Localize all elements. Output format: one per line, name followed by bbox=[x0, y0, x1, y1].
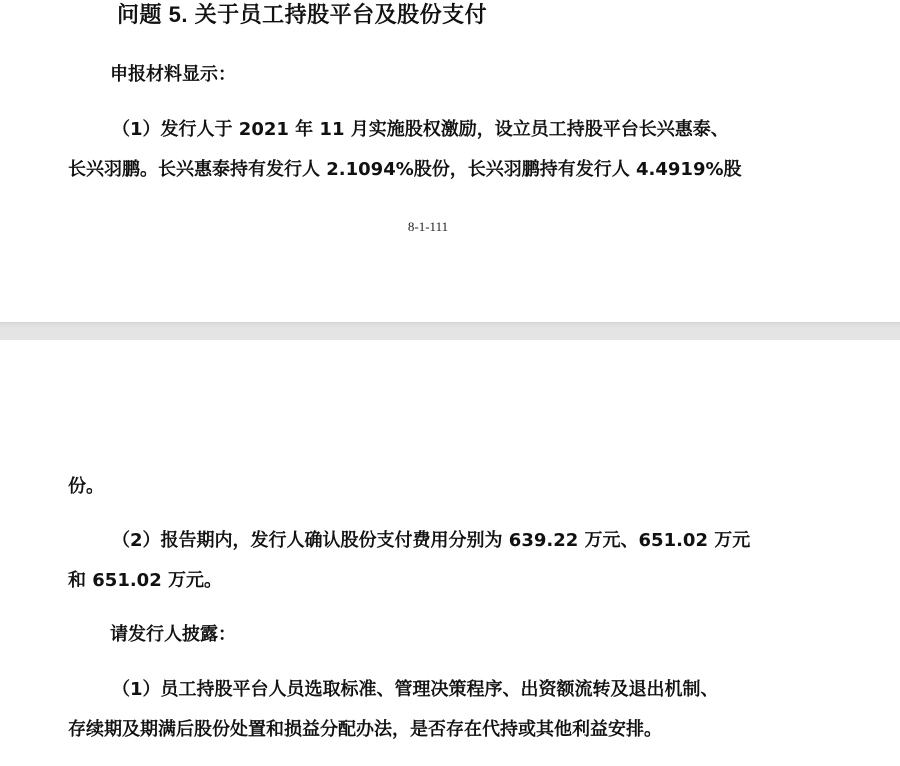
page-separator bbox=[0, 322, 900, 341]
request-1-line-1: （1）员工持股平台人员选取标准、管理决策程序、出资额流转及退出机制、 bbox=[112, 678, 719, 702]
intro-text: 申报材料显示： bbox=[110, 63, 236, 87]
document-page-1: 问题 5. 关于员工持股平台及股份支付 申报材料显示： （1）发行人于 2021… bbox=[0, 0, 900, 322]
paragraph-1-line-1: （1）发行人于 2021 年 11 月实施股权激励，设立员工持股平台长兴惠泰、 bbox=[112, 118, 729, 142]
paragraph-2-line-2: 和 651.02 万元。 bbox=[68, 569, 222, 593]
paragraph-1-line-3: 份。 bbox=[68, 475, 104, 499]
request-heading: 请发行人披露： bbox=[110, 623, 236, 647]
paragraph-1-line-2: 长兴羽鹏。长兴惠泰持有发行人 2.1094%股份，长兴羽鹏持有发行人 4.491… bbox=[68, 158, 742, 182]
document-page-2: 份。 （2）报告期内，发行人确认股份支付费用分别为 639.22 万元、651.… bbox=[0, 340, 900, 766]
request-1-line-2: 存续期及期满后股份处置和损益分配办法，是否存在代持或其他利益安排。 bbox=[68, 718, 662, 742]
paragraph-2-line-1: （2）报告期内，发行人确认股份支付费用分别为 639.22 万元、651.02 … bbox=[112, 529, 750, 553]
section-title: 问题 5. 关于员工持股平台及股份支付 bbox=[117, 0, 487, 30]
page-number: 8-1-111 bbox=[0, 219, 856, 235]
